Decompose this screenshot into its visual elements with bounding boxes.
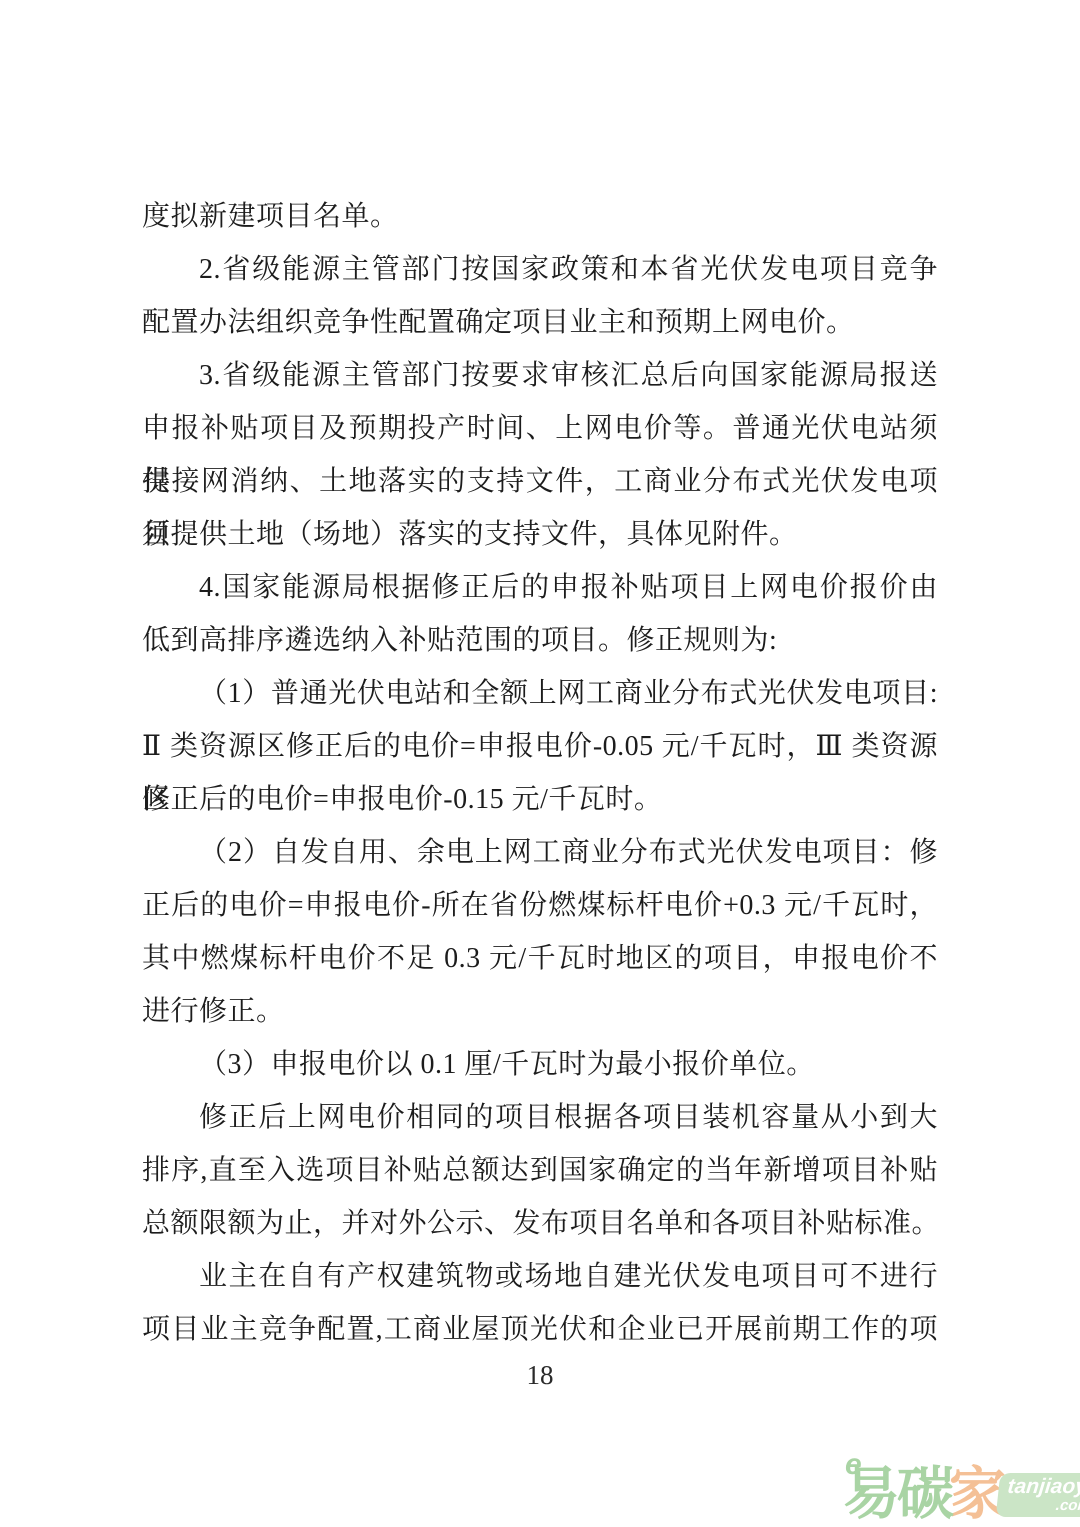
- text-line: 配置办法组织竞争性配置确定项目业主和预期上网电价。: [142, 296, 938, 349]
- text-line: 度拟新建项目名单。: [142, 190, 938, 243]
- badge-domain-text: tanjiaoyi: [1007, 1475, 1080, 1496]
- text-line: 总额限额为止，并对外公示、发布项目名单和各项目补贴标准。: [142, 1197, 938, 1250]
- text-line: 业主在自有产权建筑物或场地自建光伏发电项目可不进行: [142, 1250, 938, 1303]
- text-line: 须提供土地（场地）落实的支持文件，具体见附件。: [142, 508, 938, 561]
- text-line: 3.省级能源主管部门按要求审核汇总后向国家能源局报送: [142, 349, 938, 402]
- text-line: 其中燃煤标杆电价不足 0.3 元/千瓦时地区的项目，申报电价不: [142, 932, 938, 985]
- text-block: 度拟新建项目名单。 2.省级能源主管部门按国家政策和本省光伏发电项目竞争 配置办…: [142, 190, 938, 1356]
- text-line: 修正后上网电价相同的项目根据各项目装机容量从小到大: [142, 1091, 938, 1144]
- page-number: 18: [0, 1360, 1080, 1391]
- text-line: 项目业主竞争配置,工商业屋顶光伏和企业已开展前期工作的项: [142, 1303, 938, 1356]
- text-line: 申报补贴项目及预期投产时间、上网电价等。普通光伏电站须提: [142, 402, 938, 455]
- text-line: Ⅱ 类资源区修正后的电价=申报电价-0.05 元/千瓦时，Ⅲ 类资源区: [142, 720, 938, 773]
- badge-com-text: .com: [1055, 1496, 1080, 1514]
- text-line: （3）申报电价以 0.1 厘/千瓦时为最小报价单位。: [142, 1038, 938, 1091]
- text-line: （1）普通光伏电站和全额上网工商业分布式光伏发电项目:: [142, 667, 938, 720]
- logo-e-flourish: e: [845, 1450, 862, 1480]
- text-line: 4.国家能源局根据修正后的申报补贴项目上网电价报价由: [142, 561, 938, 614]
- text-line: 修正后的电价=申报电价-0.15 元/千瓦时。: [142, 773, 938, 826]
- document-page: 度拟新建项目名单。 2.省级能源主管部门按国家政策和本省光伏发电项目竞争 配置办…: [0, 0, 1080, 1527]
- text-line: 正后的电价=申报电价-所在省份燃煤标杆电价+0.3 元/千瓦时，: [142, 879, 938, 932]
- text-line: 进行修正。: [142, 985, 938, 1038]
- logo-text-green: e易碳: [843, 1466, 951, 1523]
- text-line: 2.省级能源主管部门按国家政策和本省光伏发电项目竞争: [142, 243, 938, 296]
- text-line: 低到高排序遴选纳入补贴范围的项目。修正规则为:: [142, 614, 938, 667]
- text-line: （2）自发自用、余电上网工商业分布式光伏发电项目：修: [142, 826, 938, 879]
- text-line: 排序,直至入选项目补贴总额达到国家确定的当年新增项目补贴: [142, 1144, 938, 1197]
- text-line: 供接网消纳、土地落实的支持文件，工商业分布式光伏发电项目: [142, 455, 938, 508]
- logo-badge: tanjiaoyi .com: [996, 1473, 1080, 1517]
- watermark-logo: e易碳 家 tanjiaoyi .com: [843, 1466, 1080, 1523]
